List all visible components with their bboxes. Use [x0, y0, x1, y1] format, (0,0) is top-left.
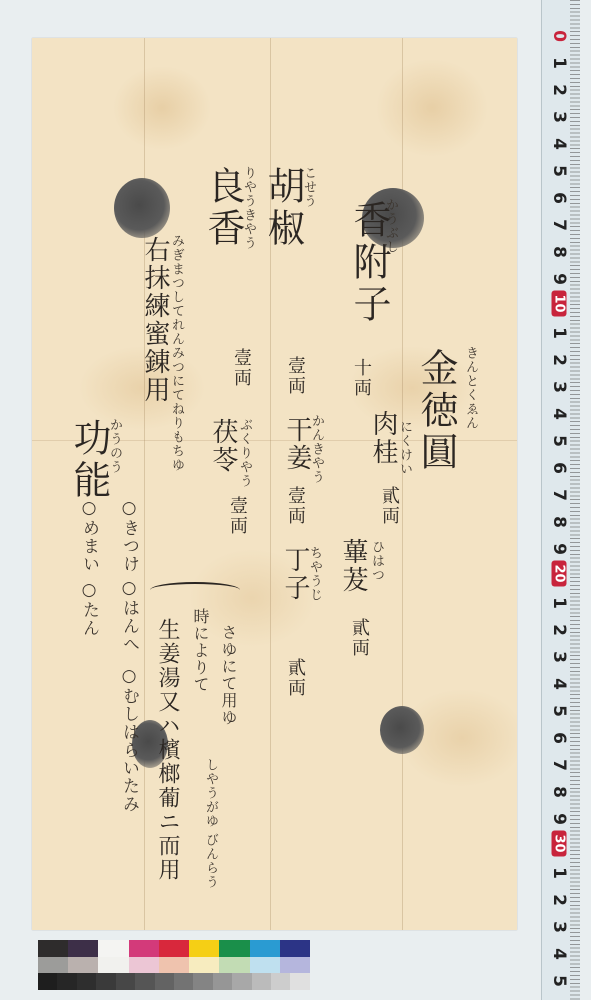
- color-swatch: [174, 973, 193, 990]
- color-swatch: [98, 940, 128, 957]
- ingredient-amount: 壹両: [232, 348, 250, 388]
- ink-blot: [380, 706, 424, 754]
- color-swatch: [250, 957, 280, 973]
- ingredient-reading: こせう: [302, 166, 315, 208]
- ruler-label: 3: [549, 104, 569, 130]
- color-swatch: [219, 940, 249, 957]
- efficacy-item: ○むしはらいたみ: [120, 666, 137, 906]
- ingredient-amount: 貳両: [286, 658, 304, 698]
- ingredient-amount: 貳両: [350, 618, 368, 658]
- ingredient-name: 肉桂: [370, 410, 396, 466]
- ruler-label: 3: [549, 374, 569, 400]
- ingredient-name: 胡椒: [264, 166, 302, 250]
- ruler-label: 8: [549, 239, 569, 265]
- ingredient-reading: ひはつ: [370, 540, 383, 582]
- ruler-label: 0: [549, 23, 569, 49]
- ruler-label: 4: [549, 131, 569, 157]
- color-swatch: [68, 940, 98, 957]
- dosage-note: さゆにて用ゆ: [220, 624, 236, 726]
- color-swatch: [159, 940, 189, 957]
- title-reading: きんとくゑん: [464, 346, 477, 430]
- color-swatch: [68, 957, 98, 973]
- additional-reading: しやうがゆ びんらう: [204, 758, 217, 889]
- ruler-label: 8: [549, 509, 569, 535]
- color-swatch: [252, 973, 271, 990]
- color-swatch: [155, 973, 174, 990]
- ruler-label: 20: [552, 561, 567, 587]
- ruler-label: 8: [549, 779, 569, 805]
- dosage-note: 時によりて: [192, 608, 208, 693]
- color-swatch: [98, 957, 128, 973]
- ingredient-name: 干姜: [284, 416, 310, 472]
- color-swatch: [129, 957, 159, 973]
- ruler-label: 4: [549, 941, 569, 967]
- ruler-label: 9: [549, 536, 569, 562]
- ruler-label: 5: [549, 428, 569, 454]
- fold-line: [144, 38, 145, 930]
- ingredient-name: 良香: [204, 166, 242, 250]
- ruler-label: 1: [549, 50, 569, 76]
- ruler-ticks: [570, 0, 580, 1000]
- preparation-text: 右抹練蜜錬用: [142, 236, 168, 404]
- document-title: 金徳圓: [417, 348, 455, 474]
- efficacy-item: ○きつけ: [120, 498, 137, 573]
- ruler-label: 9: [549, 266, 569, 292]
- color-swatch: [57, 973, 76, 990]
- ruler-label: 3: [549, 914, 569, 940]
- ruler-label: 9: [549, 806, 569, 832]
- ruler-label: 6: [549, 725, 569, 751]
- color-swatch: [189, 940, 219, 957]
- ruler-label: 3: [549, 644, 569, 670]
- efficacy-item: ○はんへ: [120, 578, 137, 653]
- additional-text: 生姜湯又ハ檳榔葡ニ而用: [156, 618, 178, 882]
- ingredient-reading: かんきやう: [310, 414, 323, 484]
- ruler-label: 1: [549, 860, 569, 886]
- color-row-top: [38, 940, 310, 957]
- ingredient-name: 丁子: [282, 546, 308, 602]
- ingredient-amount: 十両: [352, 358, 370, 398]
- ruler-label: 2: [549, 887, 569, 913]
- color-swatch: [213, 973, 232, 990]
- color-swatch: [129, 940, 159, 957]
- ruler-label: 1: [549, 590, 569, 616]
- color-swatch: [116, 973, 135, 990]
- ingredient-amount: 壹両: [286, 356, 304, 396]
- ruler-label: 10: [552, 291, 567, 317]
- color-swatch: [193, 973, 212, 990]
- ruler-label: 6: [549, 185, 569, 211]
- grayscale-row: [38, 973, 310, 990]
- color-swatch: [271, 973, 290, 990]
- ruler-label: 5: [549, 158, 569, 184]
- color-swatch: [38, 940, 68, 957]
- ruler-label: 6: [549, 455, 569, 481]
- ingredient-amount: 貳両: [380, 486, 398, 526]
- ruler-label: 7: [549, 482, 569, 508]
- ingredient-reading: かうぶし: [384, 198, 397, 254]
- color-swatch: [280, 957, 310, 973]
- ruler-label: 5: [549, 968, 569, 994]
- measuring-ruler: 0 1 2 3 4 5 6 7 8 9 10 1 2 3 4 5 6 7 8 9…: [541, 0, 580, 1000]
- ingredient-reading: ぶくりやう: [238, 418, 251, 488]
- efficacy-item: ○めまい: [80, 498, 97, 573]
- ruler-label: 2: [549, 617, 569, 643]
- color-row-middle: [38, 957, 310, 973]
- ingredient-reading: にくけい: [398, 420, 411, 476]
- efficacy-reading: かうのう: [108, 418, 121, 474]
- color-swatch: [38, 957, 68, 973]
- ruler-label: 4: [549, 671, 569, 697]
- ruler-label: 2: [549, 347, 569, 373]
- ruler-label: 4: [549, 401, 569, 427]
- color-swatch: [77, 973, 96, 990]
- bracket-mark: [150, 582, 240, 598]
- color-swatch: [38, 973, 57, 990]
- color-swatch: [159, 957, 189, 973]
- fold-line: [402, 38, 403, 930]
- ingredient-reading: りやうきやう: [242, 166, 255, 250]
- color-swatch: [280, 940, 310, 957]
- ink-blot: [114, 178, 170, 238]
- color-swatch: [219, 957, 249, 973]
- ingredient-name: 茯苓: [210, 418, 236, 474]
- ruler-label: 7: [549, 752, 569, 778]
- document-paper: 金徳圓 きんとくゑん 香附子 かうぶし 十両 肉桂 にくけい 貳両 蓽茇 ひはつ…: [32, 38, 517, 930]
- color-swatch: [135, 973, 154, 990]
- ingredient-amount: 壹両: [228, 496, 246, 536]
- color-swatch: [232, 973, 251, 990]
- ruler-label: 30: [552, 831, 567, 857]
- color-swatch: [290, 973, 309, 990]
- color-swatch: [250, 940, 280, 957]
- efficacy-label: 功能: [70, 418, 108, 502]
- ruler-label: 2: [549, 77, 569, 103]
- color-swatch: [189, 957, 219, 973]
- ruler-label: 1: [549, 320, 569, 346]
- color-swatch: [96, 973, 115, 990]
- ingredient-amount: 壹両: [286, 486, 304, 526]
- ruler-label: 7: [549, 212, 569, 238]
- color-calibration-chart: [38, 940, 310, 990]
- ruler-label: 5: [549, 698, 569, 724]
- preparation-reading: みぎまつしてれんみつにてねりもちゆ: [170, 234, 183, 564]
- ingredient-reading: ちやうじ: [308, 546, 321, 602]
- ingredient-name: 蓽茇: [340, 538, 366, 594]
- efficacy-item: ○たん: [80, 580, 97, 637]
